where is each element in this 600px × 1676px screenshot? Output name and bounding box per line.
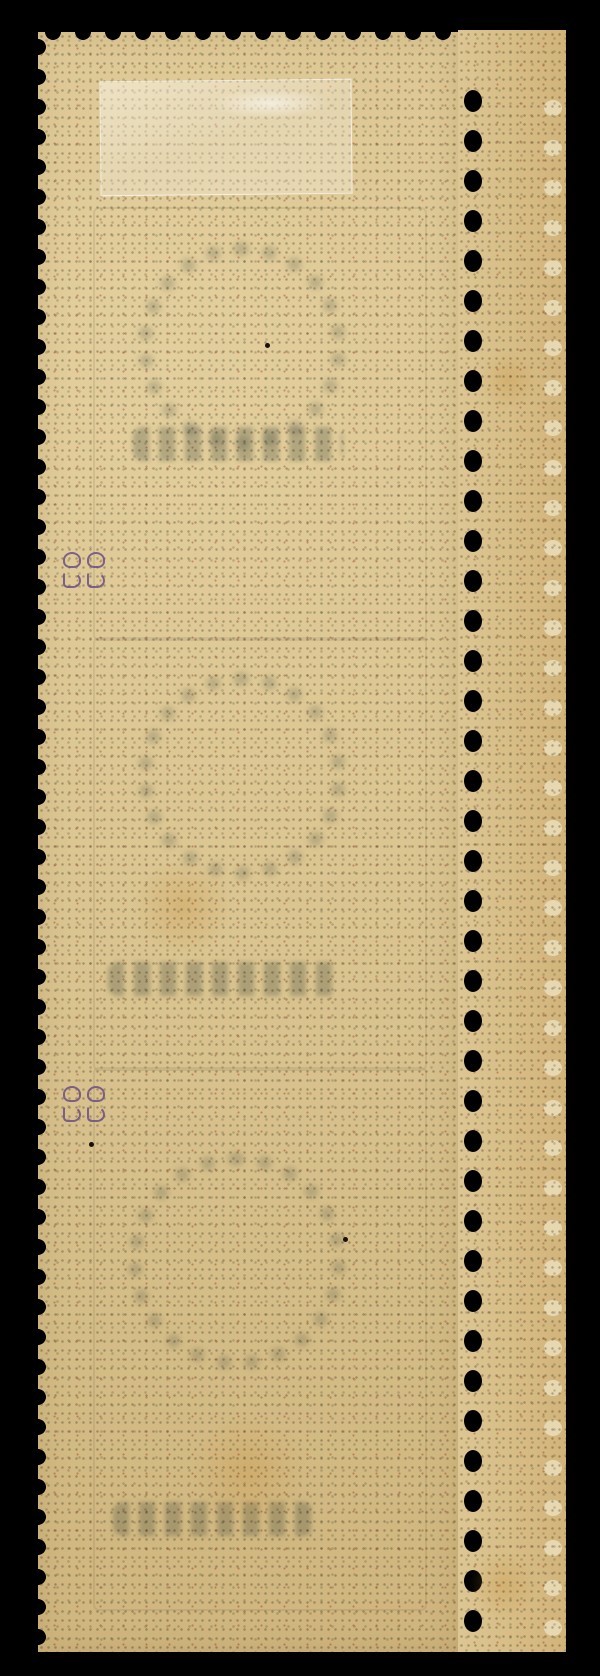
design-showthrough-value-tablet xyxy=(108,962,338,996)
perforation-hole-icon xyxy=(464,1210,482,1232)
toning-stain xyxy=(188,1412,308,1532)
selvage-perforation-tooth xyxy=(544,940,562,956)
selvage-perforation-tooth xyxy=(544,260,562,276)
toning-stain xyxy=(478,350,538,410)
perforation-hole-icon xyxy=(464,1250,482,1272)
stamp-strip-back xyxy=(38,32,458,1652)
selvage-perforation-tooth xyxy=(544,1180,562,1196)
design-showthrough-value-tablet xyxy=(133,427,343,461)
perforation-hole-icon xyxy=(464,1170,482,1192)
perforation-hole-icon xyxy=(464,890,482,912)
toning-stain xyxy=(468,1550,538,1620)
photo-scene xyxy=(0,0,600,1676)
selvage-perforation-tooth xyxy=(544,1300,562,1316)
selvage-perforation-tooth xyxy=(544,1500,562,1516)
perforation-hole-icon xyxy=(464,450,482,472)
design-showthrough-medallion xyxy=(138,242,346,450)
perforation-hole-icon xyxy=(464,690,482,712)
design-showthrough-medallion xyxy=(128,1152,346,1370)
ink-spot xyxy=(343,1237,348,1242)
perforation-hole-icon xyxy=(464,610,482,632)
perforation-hole-icon xyxy=(464,1090,482,1112)
selvage-perforation-tooth xyxy=(544,1420,562,1436)
perforation-hole-icon xyxy=(464,210,482,232)
perforation-hole-icon xyxy=(464,1410,482,1432)
design-showthrough-medallion xyxy=(138,672,346,880)
selvage-perforation-tooth xyxy=(544,1580,562,1596)
perforation-hole-icon xyxy=(464,1330,482,1352)
selvage-perforation-tooth xyxy=(544,700,562,716)
selvage-perforation-tooth xyxy=(544,980,562,996)
perforation-hole-icon xyxy=(464,770,482,792)
perforation-hole-icon xyxy=(464,850,482,872)
perforation-hole-icon xyxy=(464,570,482,592)
perforation-hole-icon xyxy=(464,290,482,312)
selvage-perforation-tooth xyxy=(544,300,562,316)
perforation-hole-icon xyxy=(464,930,482,952)
sheet-selvage xyxy=(458,30,566,1652)
perforation-hole-icon xyxy=(464,170,482,192)
perforation-hole-icon xyxy=(464,1130,482,1152)
selvage-perforation-tooth xyxy=(544,180,562,196)
selvage-perforation-tooth xyxy=(544,580,562,596)
selvage-perforation-tooth xyxy=(544,380,562,396)
handstamp-mark-icon xyxy=(63,1086,113,1122)
selvage-perforation-tooth xyxy=(544,1620,562,1636)
selvage-perforation-tooth xyxy=(544,1220,562,1236)
selvage-perforation-tooth xyxy=(544,1460,562,1476)
perforation-hole-icon xyxy=(464,1490,482,1512)
perforation-hole-icon xyxy=(464,410,482,432)
selvage-perforation-tooth xyxy=(544,340,562,356)
perforation-hole-icon xyxy=(464,490,482,512)
selvage-perforation-tooth xyxy=(544,1020,562,1036)
selvage-perforation-tooth xyxy=(544,1340,562,1356)
selvage-perforation-tooth xyxy=(544,1540,562,1556)
perforation-hole-icon xyxy=(464,1610,482,1632)
selvage-perforation-tooth xyxy=(544,1140,562,1156)
selvage-perforation-tooth xyxy=(544,740,562,756)
perforation-hole-icon xyxy=(464,650,482,672)
selvage-perforation-tooth xyxy=(544,660,562,676)
ink-spot xyxy=(89,1142,94,1147)
selvage-perforation-tooth xyxy=(544,1380,562,1396)
perforation-hole-icon xyxy=(464,810,482,832)
perforation-hole-icon xyxy=(464,1530,482,1552)
toning-stain xyxy=(128,862,238,952)
perforation-hole-icon xyxy=(464,130,482,152)
selvage-perforation-tooth xyxy=(544,620,562,636)
selvage-perforation-tooth xyxy=(544,140,562,156)
hinge-remnant xyxy=(99,79,352,197)
selvage-perforation-tooth xyxy=(544,420,562,436)
perforation-hole-icon xyxy=(464,530,482,552)
perforation-hole-icon xyxy=(464,90,482,112)
selvage-perforation-tooth xyxy=(544,460,562,476)
perforation-hole-icon xyxy=(464,730,482,752)
selvage-perforation-tooth xyxy=(544,500,562,516)
selvage-perforation-tooth xyxy=(544,1100,562,1116)
selvage-perforation-tooth xyxy=(544,860,562,876)
selvage-perforation-tooth xyxy=(544,900,562,916)
perforation-hole-icon xyxy=(464,330,482,352)
handstamp-mark-icon xyxy=(63,552,113,588)
selvage-perforation-tooth xyxy=(544,820,562,836)
ink-spot xyxy=(265,343,270,348)
selvage-perforation-tooth xyxy=(544,100,562,116)
selvage-perforation-tooth xyxy=(544,1260,562,1276)
perforation-hole-icon xyxy=(464,250,482,272)
perforation-hole-icon xyxy=(464,1370,482,1392)
perforation-hole-icon xyxy=(464,1290,482,1312)
selvage-perforation-tooth xyxy=(544,540,562,556)
selvage-perforation-tooth xyxy=(544,780,562,796)
perforation-hole-icon xyxy=(464,1050,482,1072)
perforation-hole-icon xyxy=(464,1450,482,1472)
selvage-perforation-tooth xyxy=(544,220,562,236)
perforation-hole-icon xyxy=(464,970,482,992)
perforation-hole-icon xyxy=(464,1010,482,1032)
selvage-perforation-tooth xyxy=(544,1060,562,1076)
